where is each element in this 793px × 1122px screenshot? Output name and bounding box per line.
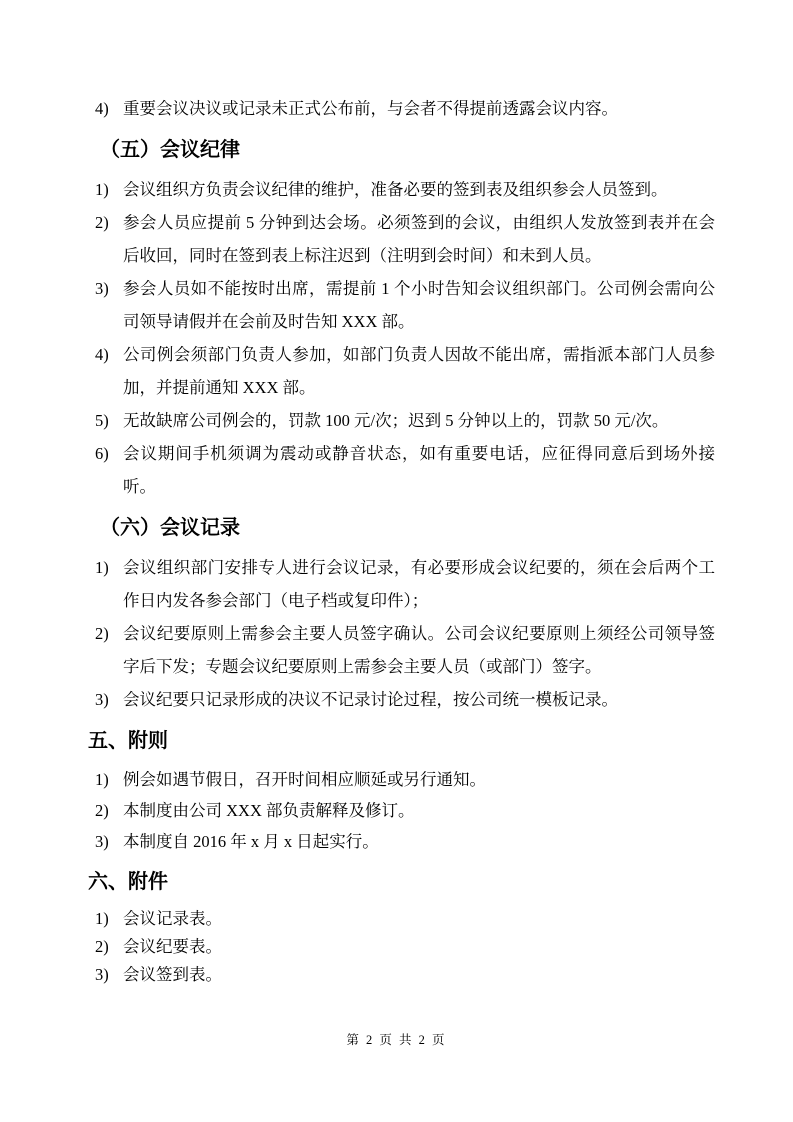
list-item: 3) 会议纪要只记录形成的决议不记录讨论过程，按公司统一模板记录。 <box>95 683 715 716</box>
list-item-text: 会议记录表。 <box>123 905 715 933</box>
list-item-text: 本制度自 2016 年 x 月 x 日起实行。 <box>123 826 715 857</box>
list-item: 2) 会议纪要表。 <box>95 933 715 961</box>
list-item-text: 无故缺席公司例会的，罚款 100 元/次；迟到 5 分钟以上的，罚款 50 元/… <box>123 404 715 437</box>
list-item-text: 会议期间手机须调为震动或静音状态，如有重要电话，应征得同意后到场外接听。 <box>123 437 715 503</box>
list-item-number: 1) <box>95 764 123 795</box>
page-number-footer: 第 2 页 共 2 页 <box>0 1030 793 1048</box>
list-item-number: 1) <box>95 173 123 206</box>
list-item-number: 5) <box>95 404 123 437</box>
list-item-number: 1) <box>95 905 123 933</box>
list-item: 1) 例会如遇节假日，召开时间相应顺延或另行通知。 <box>95 764 715 795</box>
list-item-text: 会议纪要原则上需参会主要人员签字确认。公司会议纪要原则上须经公司领导签字后下发；… <box>123 617 715 683</box>
list-item-text: 本制度由公司 XXX 部负责解释及修订。 <box>123 795 715 826</box>
section-heading: （五）会议纪律 <box>100 137 715 163</box>
list-item-number: 4) <box>95 338 123 404</box>
list-item-number: 2) <box>95 933 123 961</box>
list-item: 3) 参会人员如不能按时出席，需提前 1 个小时告知会议组织部门。公司例会需向公… <box>95 272 715 338</box>
list-item-number: 3) <box>95 272 123 338</box>
list-item-text: 会议组织方负责会议纪律的维护，准备必要的签到表及组织参会人员签到。 <box>123 173 715 206</box>
list-item-text: 参会人员如不能按时出席，需提前 1 个小时告知会议组织部门。公司例会需向公司领导… <box>123 272 715 338</box>
list-item-text: 重要会议决议或记录未正式公布前，与会者不得提前透露会议内容。 <box>123 92 715 125</box>
list-item: 3) 本制度自 2016 年 x 月 x 日起实行。 <box>95 826 715 857</box>
document-page: 4) 重要会议决议或记录未正式公布前，与会者不得提前透露会议内容。 （五）会议纪… <box>0 0 793 1122</box>
list-item-number: 1) <box>95 551 123 617</box>
section-body: 1) 会议记录表。 2) 会议纪要表。 3) 会议签到表。 <box>95 905 715 989</box>
list-item-text: 参会人员应提前 5 分钟到达会场。必须签到的会议，由组织人发放签到表并在会后收回… <box>123 206 715 272</box>
list-item-number: 2) <box>95 795 123 826</box>
list-item: 4) 重要会议决议或记录未正式公布前，与会者不得提前透露会议内容。 <box>95 92 715 125</box>
list-item-text: 公司例会须部门负责人参加，如部门负责人因故不能出席，需指派本部门人员参加，并提前… <box>123 338 715 404</box>
list-item: 1) 会议记录表。 <box>95 905 715 933</box>
list-item-text: 会议签到表。 <box>123 961 715 989</box>
list-item: 1) 会议组织部门安排专人进行会议记录，有必要形成会议纪要的，须在会后两个工作日… <box>95 551 715 617</box>
list-item-number: 2) <box>95 206 123 272</box>
list-item-number: 2) <box>95 617 123 683</box>
list-item-text: 会议纪要只记录形成的决议不记录讨论过程，按公司统一模板记录。 <box>123 683 715 716</box>
list-item: 2) 会议纪要原则上需参会主要人员签字确认。公司会议纪要原则上须经公司领导签字后… <box>95 617 715 683</box>
list-item: 3) 会议签到表。 <box>95 961 715 989</box>
list-item-number: 3) <box>95 826 123 857</box>
list-item-number: 6) <box>95 437 123 503</box>
section-heading: （六）会议记录 <box>100 515 715 541</box>
list-item-number: 3) <box>95 961 123 989</box>
section-heading: 六、附件 <box>88 869 715 895</box>
list-item-number: 3) <box>95 683 123 716</box>
list-item: 6) 会议期间手机须调为震动或静音状态，如有重要电话，应征得同意后到场外接听。 <box>95 437 715 503</box>
list-item-text: 会议纪要表。 <box>123 933 715 961</box>
list-item: 2) 本制度由公司 XXX 部负责解释及修订。 <box>95 795 715 826</box>
list-item: 4) 公司例会须部门负责人参加，如部门负责人因故不能出席，需指派本部门人员参加，… <box>95 338 715 404</box>
list-item: 5) 无故缺席公司例会的，罚款 100 元/次；迟到 5 分钟以上的，罚款 50… <box>95 404 715 437</box>
section-heading: 五、附则 <box>88 728 715 754</box>
list-item: 2) 参会人员应提前 5 分钟到达会场。必须签到的会议，由组织人发放签到表并在会… <box>95 206 715 272</box>
list-item-text: 会议组织部门安排专人进行会议记录，有必要形成会议纪要的，须在会后两个工作日内发各… <box>123 551 715 617</box>
list-item: 1) 会议组织方负责会议纪律的维护，准备必要的签到表及组织参会人员签到。 <box>95 173 715 206</box>
list-item-number: 4) <box>95 92 123 125</box>
list-item-text: 例会如遇节假日，召开时间相应顺延或另行通知。 <box>123 764 715 795</box>
section-body: 1) 例会如遇节假日，召开时间相应顺延或另行通知。 2) 本制度由公司 XXX … <box>95 764 715 857</box>
